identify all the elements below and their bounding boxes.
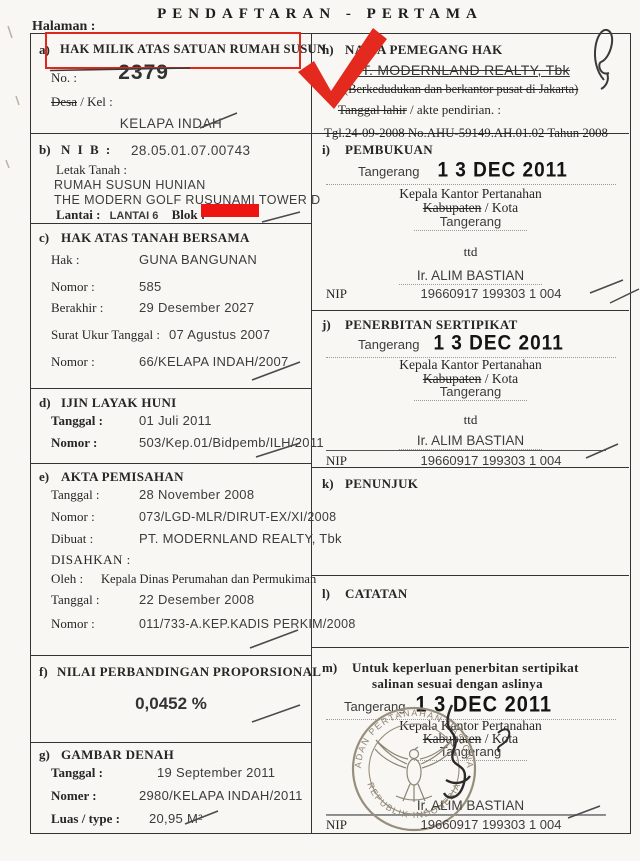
section-j-penerbitan-sertipikat: j) PENERBITAN SERTIPIKAT Tangerang 1 3 D… <box>312 311 629 468</box>
row-value: 07 Agustus 2007 <box>169 327 270 342</box>
section-f-label: f) <box>39 664 48 680</box>
row-label: Hak : <box>51 252 139 268</box>
official-name: Ir. ALIM BASTIAN <box>399 798 542 814</box>
section-c-hak-atas-tanah: c) HAK ATAS TANAH BERSAMA Hak :GUNA BANG… <box>31 224 311 389</box>
section-j-label: j) <box>322 317 331 333</box>
section-m-title-line2: salinan sesuai dengan aslinya <box>372 676 543 692</box>
official-seal-stamp: BADAN PERTANAHAN NASIONAL REPUBLIK INDON… <box>348 704 480 834</box>
holder-domicile-struck: (Berkedudukan dan berkantor pusat di Jak… <box>344 82 578 97</box>
nip-label: NIP <box>326 453 347 468</box>
row-value: 22 Desember 2008 <box>139 592 254 607</box>
red-highlight-box <box>45 32 301 69</box>
section-m-title-line1: Untuk keperluan penerbitan sertipikat <box>352 660 579 676</box>
nib-value: 28.05.01.07.00743 <box>131 143 250 158</box>
kabupaten-struck: Kabupaten <box>423 200 481 215</box>
section-e-title: AKTA PEMISAHAN <box>61 469 184 485</box>
tanggal-lahir-struck: Tanggal lahir <box>338 102 407 117</box>
section-e-label: e) <box>39 469 49 485</box>
section-h-pemegang-hak: h) NAMA PEMEGANG HAK PT. MODERNLAND REAL… <box>312 34 629 134</box>
scanned-form-page: PENDAFTARAN - PERTAMA Halaman : a) HAK M… <box>0 0 640 861</box>
row-label: Berakhir : <box>51 300 139 316</box>
row-value: 2980/KELAPA INDAH/2011 <box>139 788 303 803</box>
section-d-label: d) <box>39 395 51 411</box>
letak-tanah-label: Letak Tanah : <box>56 162 127 178</box>
row-label: Nomor : <box>51 509 139 525</box>
kota-label: / Kota <box>485 200 518 215</box>
row-value: 66/KELAPA INDAH/2007 <box>139 354 289 369</box>
row-value: GUNA BANGUNAN <box>139 252 257 267</box>
section-c-title: HAK ATAS TANAH BERSAMA <box>61 230 250 246</box>
city-name: Tangerang <box>358 337 419 352</box>
no-label: No. : <box>51 70 97 86</box>
section-j-title: PENERBITAN SERTIPIKAT <box>345 317 518 333</box>
official-name: Ir. ALIM BASTIAN <box>399 268 542 285</box>
date-stamp: 1 3 DEC 2011 <box>433 332 563 357</box>
section-f-title: NILAI PERBANDINGAN PROPORSIONAL <box>57 664 321 680</box>
section-b-label: b) <box>39 142 51 158</box>
disahkan-label: DISAHKAN : <box>51 552 131 568</box>
row-label: Luas / type : <box>51 811 139 827</box>
akte-pendirian-label: / akte pendirian. : <box>410 102 501 117</box>
row-value: 20,95 M² <box>149 811 203 826</box>
section-i-pembukuan: i) PEMBUKUAN Tangerang 1 3 DEC 2011 Kepa… <box>312 134 629 311</box>
office-city: Tangerang <box>414 384 527 401</box>
row-label: Nomor : <box>51 616 139 632</box>
row-label: Tanggal : <box>51 487 139 503</box>
section-i-title: PEMBUKUAN <box>345 142 433 158</box>
row-label: Nomer : <box>51 788 139 804</box>
section-e-akta-pemisahan: e) AKTA PEMISAHAN Tanggal :28 November 2… <box>31 464 311 656</box>
row-value: 19 September 2011 <box>157 765 275 780</box>
section-b-nib: b) N I B : 28.05.01.07.00743 Letak Tanah… <box>31 134 311 224</box>
section-k-title: PENUNJUK <box>345 476 418 492</box>
section-m-label: m) <box>322 660 337 676</box>
section-g-label: g) <box>39 747 50 763</box>
kelurahan-value: KELAPA INDAH <box>31 116 311 131</box>
form-table: a) HAK MILIK ATAS SATUAN RUMAH SUSUN No.… <box>30 33 631 834</box>
lantai-label: Lantai : <box>56 207 100 222</box>
section-d-title: IJIN LAYAK HUNI <box>61 395 177 411</box>
row-label: Dibuat : <box>51 531 139 547</box>
section-h-label: h) <box>322 42 334 58</box>
section-l-title: CATATAN <box>345 586 408 602</box>
city-name: Tangerang <box>358 164 419 179</box>
section-f-nilai-perbandingan: f) NILAI PERBANDINGAN PROPORSIONAL 0,045… <box>31 656 311 743</box>
office-city: Tangerang <box>414 214 527 231</box>
ttd-label: ttd <box>312 412 629 428</box>
letak-tanah-line2: THE MODERN GOLF RUSUNAMI TOWER D <box>54 193 321 207</box>
ttd-label: ttd <box>312 244 629 260</box>
lantai-value: LANTAI 6 <box>110 210 159 222</box>
kel-label: / Kel : <box>80 94 113 109</box>
row-value: 28 November 2008 <box>139 487 254 502</box>
row-label: Nomor : <box>51 279 139 295</box>
row-label: Tanggal : <box>51 592 139 608</box>
date-stamp: 1 3 DEC 2011 <box>437 159 567 184</box>
section-l-catatan: l) CATATAN <box>312 576 629 648</box>
section-g-title: GAMBAR DENAH <box>61 747 174 763</box>
nip-label: NIP <box>326 286 347 301</box>
section-c-label: c) <box>39 230 49 246</box>
row-value: 01 Juli 2011 <box>139 413 212 428</box>
scan-margin-marks <box>6 26 19 168</box>
row-value: 29 Desember 2027 <box>139 300 254 315</box>
row-value: 073/LGD-MLR/DIRUT-EX/XI/2008 <box>139 510 336 524</box>
nip-label: NIP <box>326 817 347 832</box>
section-b-title: N I B : <box>61 142 112 158</box>
row-label: Tanggal : <box>51 765 139 781</box>
right-column: h) NAMA PEMEGANG HAK PT. MODERNLAND REAL… <box>312 34 629 833</box>
section-m-salinan: m) Untuk keperluan penerbitan sertipikat… <box>312 648 629 835</box>
divider-line <box>326 450 606 451</box>
row-label: Nomor : <box>51 435 139 451</box>
section-k-penunjuk: k) PENUNJUK <box>312 468 629 576</box>
row-value: Kepala Dinas Perumahan dan Permukiman <box>101 572 316 586</box>
row-label: Surat Ukur Tanggal : <box>51 327 169 343</box>
section-h-title: NAMA PEMEGANG HAK <box>345 42 502 58</box>
holder-name-struck: PT. MODERNLAND REALTY, Tbk <box>352 62 570 78</box>
row-label: Oleh : <box>51 571 101 587</box>
row-value: 503/Kep.01/Bidpemb/ILH/2011 <box>139 435 324 450</box>
row-label: Nomor : <box>51 354 139 370</box>
nip-value: 19660917 199303 1 004 <box>386 817 596 832</box>
section-d-ijin-layak-huni: d) IJIN LAYAK HUNI Tanggal :01 Juli 2011… <box>31 389 311 464</box>
nip-value: 19660917 199303 1 004 <box>386 286 596 301</box>
official-name: Ir. ALIM BASTIAN <box>399 433 542 450</box>
nilai-proporsional-value: 0,0452 % <box>31 694 311 714</box>
section-k-label: k) <box>322 476 334 492</box>
left-column: a) HAK MILIK ATAS SATUAN RUMAH SUSUN No.… <box>31 34 312 833</box>
section-l-label: l) <box>322 586 330 602</box>
redaction-box <box>201 204 259 217</box>
section-i-label: i) <box>322 142 330 158</box>
row-label: Tanggal : <box>51 413 139 429</box>
page-title: PENDAFTARAN - PERTAMA <box>0 6 640 23</box>
section-a-hak-milik: a) HAK MILIK ATAS SATUAN RUMAH SUSUN No.… <box>31 34 311 134</box>
nip-value: 19660917 199303 1 004 <box>386 453 596 468</box>
desa-label-struck: Desa <box>51 94 77 109</box>
row-value: 585 <box>139 279 162 294</box>
section-g-gambar-denah: g) GAMBAR DENAH Tanggal :19 September 20… <box>31 743 311 835</box>
letak-tanah-line1: RUMAH SUSUN HUNIAN <box>54 178 206 192</box>
